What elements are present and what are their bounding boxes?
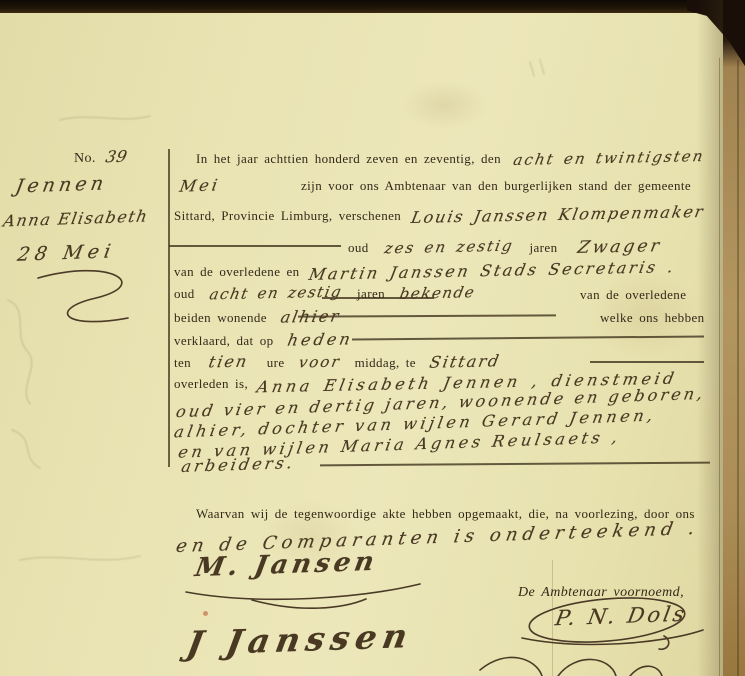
hw-month: Mei <box>178 175 222 195</box>
printed-text: ure <box>267 355 285 370</box>
partial-signature-stroke <box>480 657 542 676</box>
printed-text: middag, te <box>355 355 416 370</box>
paper-stain <box>400 80 490 130</box>
margin-given-names: Anna Elisabeth <box>2 206 150 230</box>
act-line-5: van de overledene en Martin Janssen Stad… <box>174 261 674 280</box>
closing-rule <box>320 462 710 466</box>
blank-rule <box>169 245 341 247</box>
partial-signature-stroke <box>558 659 616 676</box>
signature-flourish <box>186 584 420 599</box>
act-line-1: In het jaar achttien honderd zeven en ze… <box>196 149 704 167</box>
hw-relation-2: bekende <box>398 283 477 303</box>
act-line-6: oud acht en zestig jaren bekende <box>174 284 475 302</box>
hw-day: acht en twintigsten <box>512 147 706 169</box>
hw-residence: alhier <box>279 306 342 326</box>
margin-rule <box>168 149 170 467</box>
act-line-7-right: welke ons hebben <box>600 310 705 326</box>
printed-text: oud <box>174 286 195 301</box>
death-record-scan: No. 39 Jennen Anna Elisabeth 28 Mei In h… <box>0 0 745 676</box>
partial-signature-stroke <box>630 666 662 676</box>
printed-text: verklaard, dat op <box>174 333 274 348</box>
act-line-4: oud zes en zestig jaren Zwager <box>348 237 661 257</box>
margin-date: 28 Mei <box>16 240 118 265</box>
printed-text: overleden is, <box>174 376 248 391</box>
act-number-value: 39 <box>104 147 129 166</box>
blank-rule <box>590 361 704 363</box>
signature-declarant-2: J Janssen <box>184 616 417 663</box>
act-line-3: Sittard, Provincie Limburg, verschenen L… <box>174 205 704 224</box>
hw-age-2: acht en zestig <box>208 283 344 304</box>
act-line-2: zijn voor ons Ambtenaar van den burgerli… <box>301 178 691 194</box>
signature-swash <box>522 630 703 644</box>
hw-am-pm: voor <box>297 353 342 372</box>
hw-hour: tien <box>207 352 250 372</box>
printed-text: oud <box>348 240 369 255</box>
margin-flourish <box>38 271 128 322</box>
act-line-7: beiden wonende alhier <box>174 307 340 326</box>
printed-text: In het jaar achttien honderd zeven en ze… <box>196 151 501 166</box>
printed-text: beiden wonende <box>174 310 267 325</box>
printed-text: Sittard, Provincie Limburg, verschenen <box>174 208 401 223</box>
act-line-8: verklaard, dat op heden <box>174 330 352 349</box>
printed-text: van de overledene en <box>174 264 300 279</box>
act-line-9: ten tien ure voor middag, te Sittard <box>174 352 501 371</box>
book-page-edges <box>723 0 745 676</box>
margin-surname: Jennen <box>14 172 109 197</box>
hw-line-14: arbeiders. <box>180 453 297 476</box>
printed-text: jaren <box>529 240 557 255</box>
page-edge-streak <box>737 60 739 676</box>
printed-text: jaren <box>357 286 385 301</box>
signature-flourish <box>252 599 366 608</box>
signature-declarant-1: M. Jansen <box>193 547 381 583</box>
hw-place: Sittard <box>428 351 502 371</box>
blank-rule <box>352 335 704 340</box>
hw-relation-1: Zwager <box>576 236 664 258</box>
act-number: No. 39 <box>74 147 127 167</box>
official-title: De Ambtenaar voornoemd, <box>518 585 684 601</box>
signature-official: P. N. Dols <box>553 602 689 631</box>
hw-declarant-1: Louis Janssen Klompenmaker <box>410 202 707 227</box>
printed-text: ten <box>174 355 191 370</box>
page-edge-line <box>719 58 720 676</box>
book-top-edge <box>0 0 745 13</box>
ink-spot <box>203 611 208 616</box>
hw-age-1: zes en zestig <box>383 237 515 258</box>
signature-tail <box>659 636 669 649</box>
act-line-6-right: van de overledene <box>580 287 686 303</box>
act-number-label: No. <box>74 151 96 166</box>
paper-crease <box>552 560 553 676</box>
hw-death-day: heden <box>286 329 355 349</box>
closing-printed: Waarvan wij de tegenwoordige akte hebben… <box>196 506 695 522</box>
hw-declarant-2: Martin Janssen Stads Secretaris . <box>307 257 677 284</box>
